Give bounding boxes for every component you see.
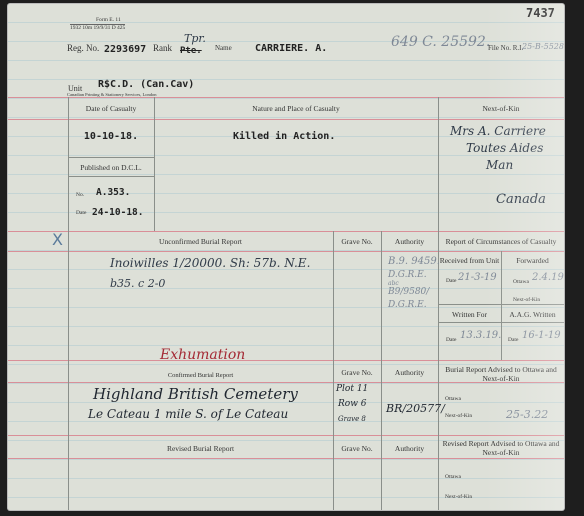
nature-of-casualty: Killed in Action.	[233, 131, 335, 142]
authority-line-1: B.9. 9459.	[388, 256, 440, 267]
unconfirmed-line-2: b35. c 2-0	[110, 277, 165, 290]
exhumation-annotation: Exhumation	[160, 347, 245, 363]
confirmed-line-1: Highland British Cemetery	[93, 385, 298, 403]
nok-line-3: Man	[486, 158, 513, 172]
revised-advised-label: Revised Report Advised to Ottawa and Nex…	[438, 439, 564, 457]
written-for-date-label: Date	[446, 337, 456, 343]
authority-line-4: B9/9580/	[388, 287, 429, 297]
circumstances-label: Report of Circumstances of Casualty	[438, 237, 564, 246]
forwarded-ottawa-label: Ottawa	[513, 279, 529, 285]
confirmed-nok-label: Next-of-Kin	[445, 413, 472, 419]
revised-ottawa-label: Ottawa	[445, 474, 461, 480]
revised-authority-label: Authority	[381, 444, 438, 453]
unconfirmed-burial-label: Unconfirmed Burial Report	[68, 237, 333, 246]
dcl-no: A.353.	[96, 187, 130, 198]
next-of-kin-label: Next-of-Kin	[438, 104, 564, 113]
nok-line-1: Mrs A. Carriere	[450, 124, 546, 138]
authority-line-3: abc	[388, 280, 399, 287]
reg-no-label: Reg. No.	[67, 43, 99, 53]
grave-plot: Plot 11	[336, 384, 368, 394]
confirmed-authority: BR/20577/	[386, 402, 445, 415]
name-label: Name	[215, 44, 232, 52]
received-from-unit-label: Received from Unit	[438, 256, 501, 265]
unconfirmed-grave-label: Grave No.	[333, 237, 381, 246]
dcl-date: 24-10-18.	[92, 207, 143, 218]
nok-line-4: Canada	[496, 192, 546, 207]
forwarded-label: Forwarded	[501, 256, 564, 265]
handwritten-reference: 649 C. 25592.	[391, 34, 490, 50]
written-for-label: Written For	[438, 310, 501, 319]
aag-date-label: Date	[508, 337, 518, 343]
grave-row: Row 6	[338, 399, 367, 409]
forwarded-ottawa-date: 2.4.19	[532, 272, 564, 283]
unit: R$C.D. (Can.Cav)	[98, 79, 194, 90]
margin-x-mark: X	[52, 230, 63, 249]
rank-handwritten: Tpr.	[184, 32, 206, 45]
soldier-name: CARRIERE. A.	[255, 43, 327, 54]
file-no-label: File No. R.I.	[488, 44, 523, 52]
authority-line-5: D.G.R.E.	[388, 300, 427, 310]
revised-nok-label: Next-of-Kin	[445, 494, 472, 500]
aag-written-label: A.A.G. Written	[501, 310, 564, 319]
confirmed-nok-date: 25-3.22	[506, 408, 548, 421]
card-number: 7437	[526, 6, 555, 20]
aag-date: 16-1-19	[522, 330, 561, 341]
received-date: 21-3-19	[458, 272, 497, 283]
nok-line-2: Toutes Aides	[466, 141, 543, 155]
dcl-date-label: Date	[76, 210, 86, 216]
confirmed-authority-label: Authority	[381, 368, 438, 377]
revised-grave-label: Grave No.	[333, 444, 381, 453]
date-of-casualty-label: Date of Casualty	[68, 104, 154, 113]
form-number: Form E. 11	[96, 17, 121, 23]
confirmed-ottawa-label: Ottawa	[445, 396, 461, 402]
reg-no: 2293697	[104, 44, 146, 55]
dcl-no-label: No.	[76, 192, 84, 198]
file-no: 25-B-5528	[522, 42, 564, 51]
confirmed-line-2: Le Cateau 1 mile S. of Le Cateau	[88, 407, 288, 421]
forwarded-nok-label: Next-of-Kin	[513, 297, 540, 303]
confirmed-grave-label: Grave No.	[333, 368, 381, 377]
form-print-code: 1932 10m 19/9/31 D 425	[70, 24, 125, 31]
nature-place-label: Nature and Place of Casualty	[154, 104, 438, 113]
rank-struck: Pte.	[180, 46, 202, 56]
rank-label: Rank	[153, 43, 172, 53]
revised-burial-label: Revised Burial Report	[68, 444, 333, 453]
unconfirmed-authority-label: Authority	[381, 237, 438, 246]
published-dcl-label: Published on D.C.L.	[68, 163, 154, 172]
written-for-date: 13.3.19.	[460, 330, 501, 341]
received-date-label: Date	[446, 278, 456, 284]
grave-number: Grave 8	[338, 415, 366, 423]
date-of-casualty: 10-10-18.	[68, 131, 154, 142]
authority-line-2: D.G.R.E.	[388, 270, 427, 280]
casualty-record-card: Form E. 11 1932 10m 19/9/31 D 425 7437 R…	[8, 4, 564, 510]
burial-advised-label: Burial Report Advised to Ottawa and Next…	[438, 365, 564, 383]
unconfirmed-line-1: Inoiwilles 1/20000. Sh: 57b. N.E.	[110, 256, 310, 270]
confirmed-burial-label: Confirmed Burial Report	[68, 372, 333, 379]
